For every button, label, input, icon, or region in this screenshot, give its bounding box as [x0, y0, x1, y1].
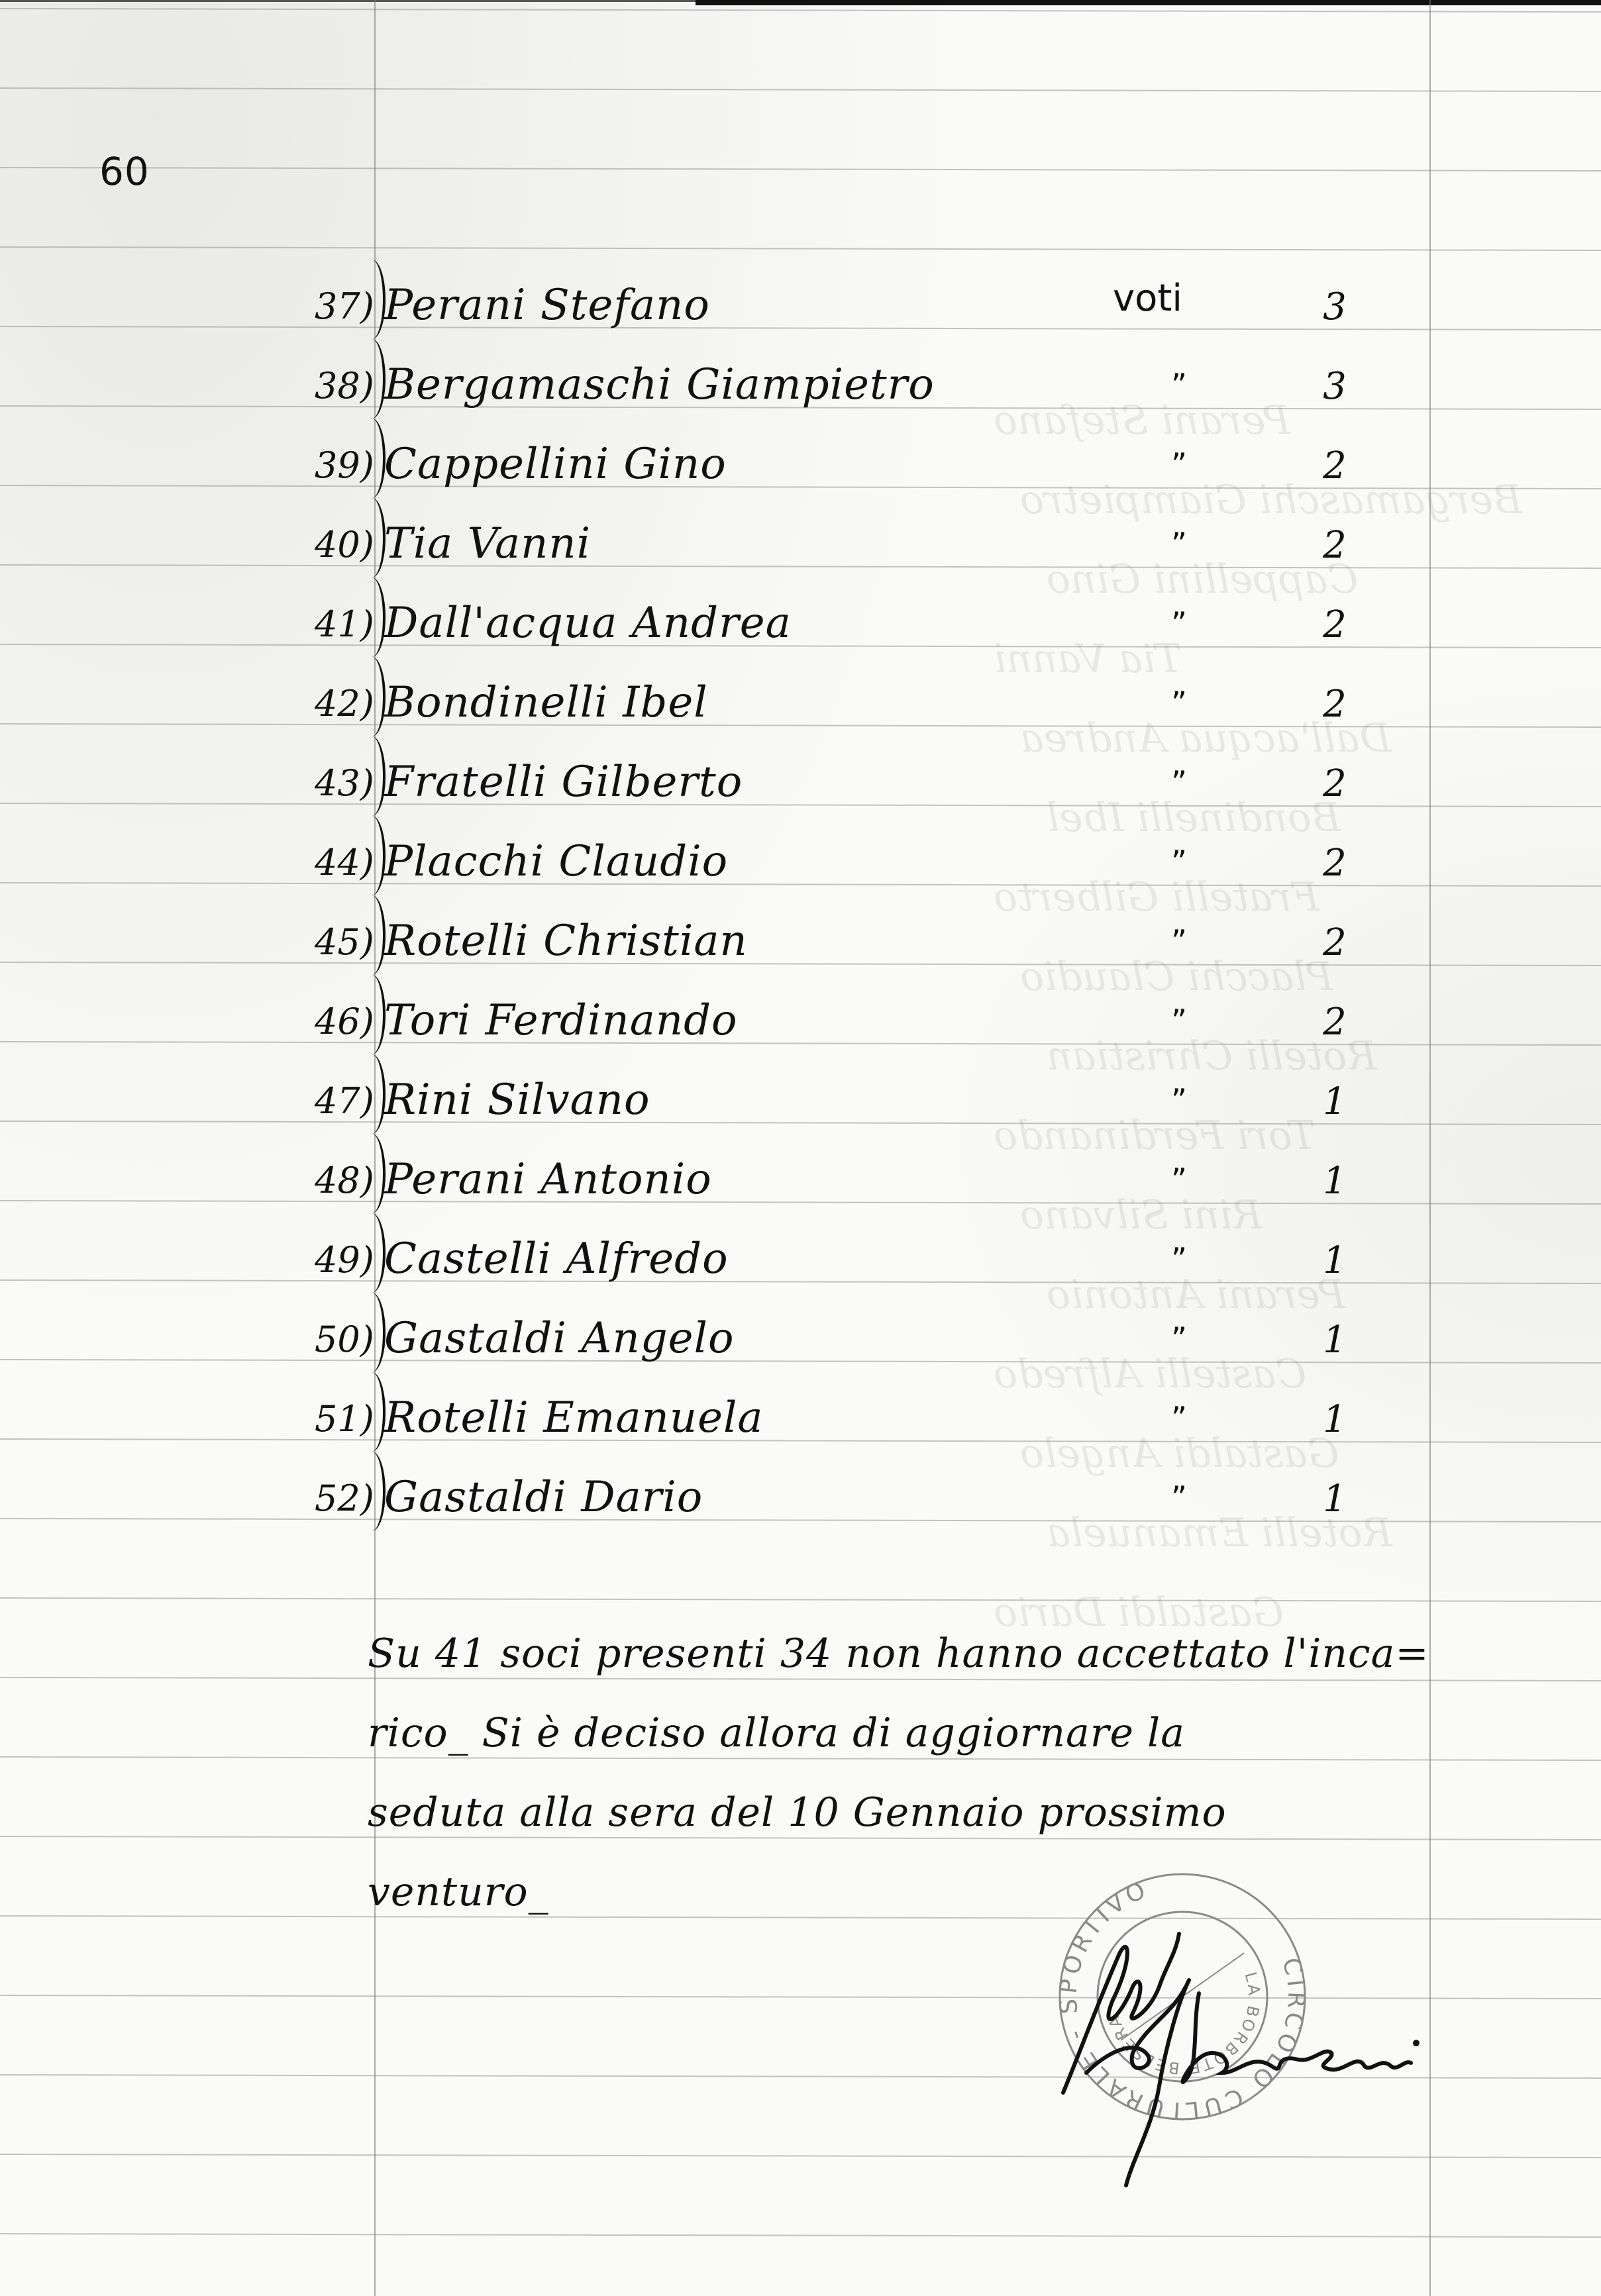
vote-count: 2 — [1315, 683, 1355, 726]
bleed-through-text: Gastaldi Dario — [994, 1589, 1284, 1636]
signatures — [1033, 1854, 1497, 2199]
ditto-mark: ” — [1126, 1321, 1232, 1356]
member-name: Fratelli Gilberto — [384, 758, 743, 807]
list-item: 51)Rotelli Emanuela”1 — [0, 1364, 1601, 1444]
vote-count: 2 — [1315, 444, 1355, 487]
member-name: Rotelli Christian — [384, 917, 748, 966]
vote-count: 2 — [1315, 1001, 1355, 1044]
vote-count: 1 — [1315, 1080, 1355, 1123]
vote-count: 2 — [1315, 921, 1355, 964]
ditto-mark: ” — [1126, 1003, 1232, 1038]
ditto-mark: ” — [1126, 844, 1232, 879]
vote-count: 2 — [1315, 762, 1355, 805]
list-item: 50)Gastaldi Angelo”1 — [0, 1285, 1601, 1364]
member-name: Bondinelli Ibel — [384, 678, 708, 727]
ditto-mark: ” — [1126, 923, 1232, 959]
list-item: 45)Rotelli Christian”2 — [0, 887, 1601, 967]
member-name: Tia Vanni — [384, 519, 591, 568]
member-name: Bergamaschi Giampietro — [384, 360, 935, 409]
paragraph-line: rico_ Si è deciso allora di aggiornare l… — [368, 1710, 1185, 1756]
list-item: 43)Fratelli Gilberto”2 — [0, 728, 1601, 808]
member-name: Rini Silvano — [384, 1075, 650, 1124]
member-name: Gastaldi Dario — [384, 1473, 703, 1522]
ditto-mark: ” — [1126, 1479, 1232, 1515]
ditto-mark: ” — [1126, 367, 1232, 403]
vote-count: 1 — [1315, 1239, 1355, 1282]
list-item: 47)Rini Silvano”1 — [0, 1046, 1601, 1126]
ditto-mark: ” — [1126, 1241, 1232, 1277]
vote-count: 1 — [1315, 1160, 1355, 1203]
member-name: Perani Stefano — [384, 281, 710, 330]
paragraph-line: Su 41 soci presenti 34 non hanno accetta… — [368, 1630, 1429, 1677]
member-name: Cappellini Gino — [384, 440, 727, 489]
list-item: 41)Dall'acqua Andrea”2 — [0, 570, 1601, 649]
vote-count: 3 — [1315, 285, 1355, 328]
vote-count: 1 — [1315, 1319, 1355, 1362]
member-name: Gastaldi Angelo — [384, 1314, 735, 1363]
list-item: 39)Cappellini Gino”2 — [0, 411, 1601, 490]
scan-edge-top-left — [0, 0, 696, 2]
member-name: Perani Antonio — [384, 1155, 712, 1204]
list-item: 42)Bondinelli Ibel”2 — [0, 649, 1601, 728]
vote-count: 2 — [1315, 524, 1355, 567]
list-item: 37)Perani Stefano3 — [0, 252, 1601, 331]
member-name: Placchi Claudio — [384, 837, 728, 886]
list-item: 46)Tori Ferdinando”2 — [0, 967, 1601, 1046]
member-name: Tori Ferdinando — [384, 996, 738, 1045]
paragraph-line: venturo_ — [368, 1869, 549, 1915]
vote-count: 3 — [1315, 365, 1355, 408]
list-item: 52)Gastaldi Dario”1 — [0, 1444, 1601, 1523]
vote-count: 2 — [1315, 842, 1355, 885]
member-name: Rotelli Emanuela — [384, 1393, 764, 1442]
ditto-mark: ” — [1126, 685, 1232, 721]
vote-count: 1 — [1315, 1398, 1355, 1441]
scan-edge-top — [696, 0, 1601, 5]
list-item: 40)Tia Vanni”2 — [0, 490, 1601, 570]
vote-count: 2 — [1315, 603, 1355, 646]
member-name: Castelli Alfredo — [384, 1234, 729, 1283]
list-item: 48)Perani Antonio”1 — [0, 1126, 1601, 1205]
ditto-mark: ” — [1126, 526, 1232, 562]
ditto-mark: ” — [1126, 764, 1232, 800]
list-item: 38)Bergamaschi Giampietro”3 — [0, 331, 1601, 411]
ditto-mark: ” — [1126, 446, 1232, 482]
ditto-mark: ” — [1126, 1082, 1232, 1118]
page-number: 60 — [99, 149, 150, 194]
ditto-mark: ” — [1126, 605, 1232, 641]
list-item: 44)Placchi Claudio”2 — [0, 808, 1601, 887]
member-name: Dall'acqua Andrea — [384, 599, 792, 648]
vote-count: 1 — [1315, 1477, 1355, 1521]
ditto-mark: ” — [1126, 1400, 1232, 1436]
signature-1 — [1063, 1934, 1186, 2093]
list-item: 49)Castelli Alfredo”1 — [0, 1205, 1601, 1285]
ditto-mark: ” — [1126, 1162, 1232, 1197]
paragraph-line: seduta alla sera del 10 Gennaio prossimo — [368, 1789, 1227, 1836]
